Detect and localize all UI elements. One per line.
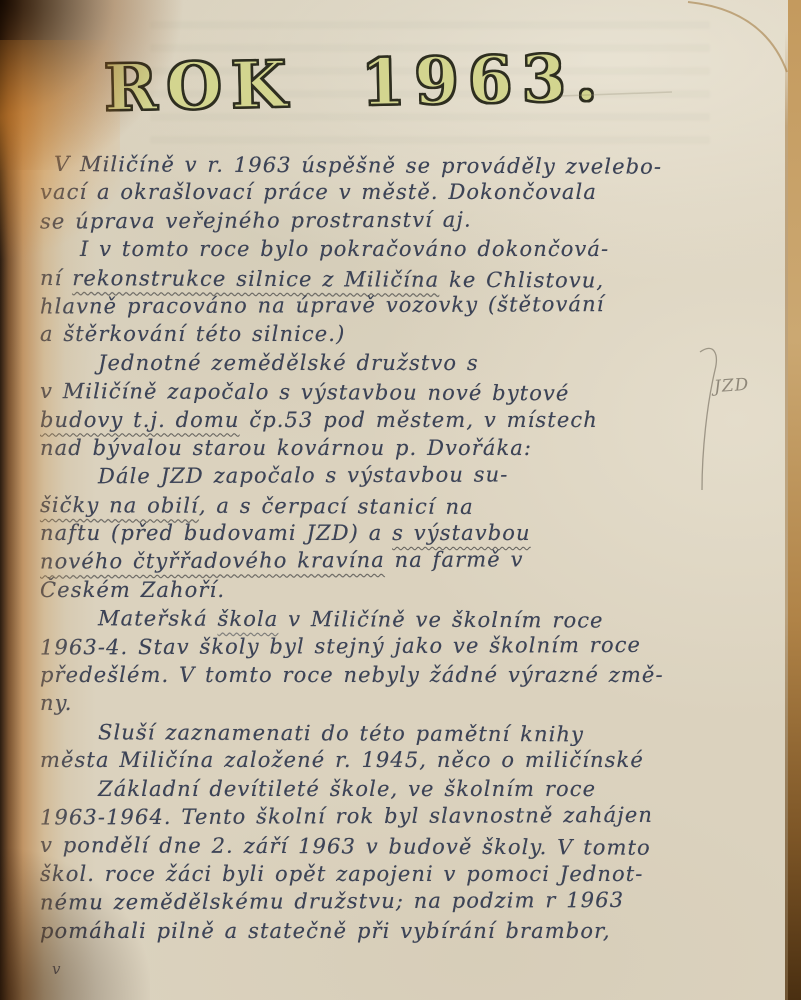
handwritten-line: pomáhali pilně a statečně při vybírání b… (40, 917, 782, 945)
handwritten-line: předešlém. V tomto roce nebyly žádné výr… (40, 661, 782, 689)
handwritten-line: a štěrkování této silnice.) (40, 320, 782, 348)
underlined-text: šičky na obilí (40, 493, 199, 518)
handwritten-line: 1963-4. Stav školy byl stejný jako ve šk… (40, 630, 782, 662)
handwritten-text: v Miličíně ve školním roce (278, 607, 603, 632)
ink-check-mark: v (52, 960, 60, 978)
page-corner-curve (688, 2, 787, 72)
handwritten-text: 1963-4. Stav školy byl stejný jako ve šk… (40, 633, 641, 660)
handwritten-text: a štěrkování této silnice.) (40, 322, 345, 346)
handwritten-line: I v tomto roce bylo pokračováno dokončov… (40, 235, 782, 263)
handwritten-text: ní (40, 266, 72, 290)
handwritten-line: 1963-1964. Tento školní rok byl slavnost… (40, 800, 782, 832)
handwritten-line: naftu (před budovami JZD) a s výstavbou (40, 519, 782, 547)
handwritten-line: Jednotné zemědělské družstvo s (40, 349, 782, 377)
handwritten-text: v pondělí dne 2. září 1963 v budově škol… (40, 833, 651, 860)
handwritten-line: V Miličíně v r. 1963 úspěšně se prováděl… (40, 150, 782, 182)
handwritten-line: v Miličíně započalo s výstavbou nové byt… (40, 377, 782, 409)
handwritten-text: Mateřská (98, 607, 218, 632)
handwritten-text: naftu (před budovami JZD) a (40, 521, 392, 545)
handwritten-text: předešlém. V tomto roce nebyly žádné výr… (40, 663, 664, 687)
handwritten-line: Českém Zahoří. (40, 576, 782, 604)
handwritten-text: škol. roce žáci byli opět zapojeni v pom… (40, 862, 644, 886)
handwritten-text: Základní devítileté škole, ve školním ro… (98, 777, 596, 801)
handwritten-text: ke Chlistovu, (439, 267, 604, 292)
page-title: ROK 1963. (103, 41, 607, 127)
handwritten-line: vací a okrašlovací práce v městě. Dokonč… (40, 178, 782, 206)
underlined-text: škola (217, 607, 278, 631)
handwritten-text: Českém Zahoří. (40, 578, 225, 602)
handwritten-line: ny. (40, 689, 782, 717)
handwritten-text: , a s čerpací stanicí na (199, 493, 474, 518)
handwritten-text: čp.53 pod městem, v místech (240, 408, 598, 432)
handwritten-text: Jednotné zemědělské družstvo s (98, 351, 479, 375)
page-edge-line (785, 30, 788, 1000)
handwritten-text: na farmě v (385, 548, 524, 573)
handwritten-text: města Miličína založené r. 1945, něco o … (40, 748, 644, 772)
underlined-text: budovy t.j. domu (40, 408, 240, 432)
handwritten-text: ny. (40, 691, 73, 715)
handwritten-text: V Miličíně v r. 1963 úspěšně se prováděl… (54, 152, 662, 179)
handwritten-line: Základní devítileté škole, ve školním ro… (40, 775, 782, 803)
handwritten-line: nad bývalou starou kovárnou p. Dvořáka: (40, 434, 782, 462)
handwritten-text: 1963-1964. Tento školní rok byl slavnost… (40, 803, 653, 830)
handwritten-text: pomáhali pilně a statečně při vybírání b… (40, 919, 611, 943)
handwritten-line: se úprava veřejného prostranství aj. (40, 204, 782, 236)
chronicle-page-photo: ROK 1963. V Miličíně v r. 1963 úspěšně s… (0, 0, 801, 1000)
handwritten-text: v Miličíně započalo s výstavbou nové byt… (40, 379, 570, 405)
handwritten-line: v pondělí dne 2. září 1963 v budově škol… (40, 831, 782, 863)
handwritten-text: Dále JZD započalo s výstavbou su- (98, 463, 509, 489)
handwritten-text: vací a okrašlovací práce v městě. Dokonč… (40, 180, 597, 204)
handwritten-line: budovy t.j. domu čp.53 pod městem, v mís… (40, 406, 782, 434)
handwritten-line: šičky na obilí, a s čerpací stanicí na (40, 491, 782, 523)
underlined-text: s výstavbou (392, 521, 531, 545)
handwritten-line: Dále JZD započalo s výstavbou su- (40, 460, 782, 492)
page-stack-edge (788, 0, 801, 1000)
handwritten-line: města Miličína založené r. 1945, něco o … (40, 746, 782, 774)
underlined-text: nového čtyřřadového kravína (40, 548, 385, 574)
handwritten-text: nad bývalou starou kovárnou p. Dvořáka: (40, 436, 532, 460)
handwritten-line: hlavně pracováno na úpravě vozovky (štět… (40, 289, 782, 321)
underlined-text: rekonstrukce silnice z Miličína (72, 266, 439, 292)
handwritten-line: nového čtyřřadového kravína na farmě v (40, 545, 782, 577)
handwritten-text: I v tomto roce bylo pokračováno dokončov… (80, 237, 609, 261)
handwritten-text: se úprava veřejného prostranství aj. (40, 207, 472, 233)
margin-note-pencil: JZD (713, 375, 750, 397)
handwritten-text: Sluší zaznamenati do této pamětní knihy (98, 720, 584, 746)
handwritten-line: nému zemědělskému družstvu; na podzim r … (40, 885, 782, 917)
handwritten-text: hlavně pracováno na úpravě vozovky (štět… (40, 292, 605, 318)
handwritten-body: V Miličíně v r. 1963 úspěšně se prováděl… (40, 150, 782, 945)
handwritten-line: Sluší zaznamenati do této pamětní knihy (40, 718, 782, 750)
handwritten-line: škol. roce žáci byli opět zapojeni v pom… (40, 860, 782, 888)
handwritten-text: nému zemědělskému družstvu; na podzim r … (40, 888, 624, 915)
